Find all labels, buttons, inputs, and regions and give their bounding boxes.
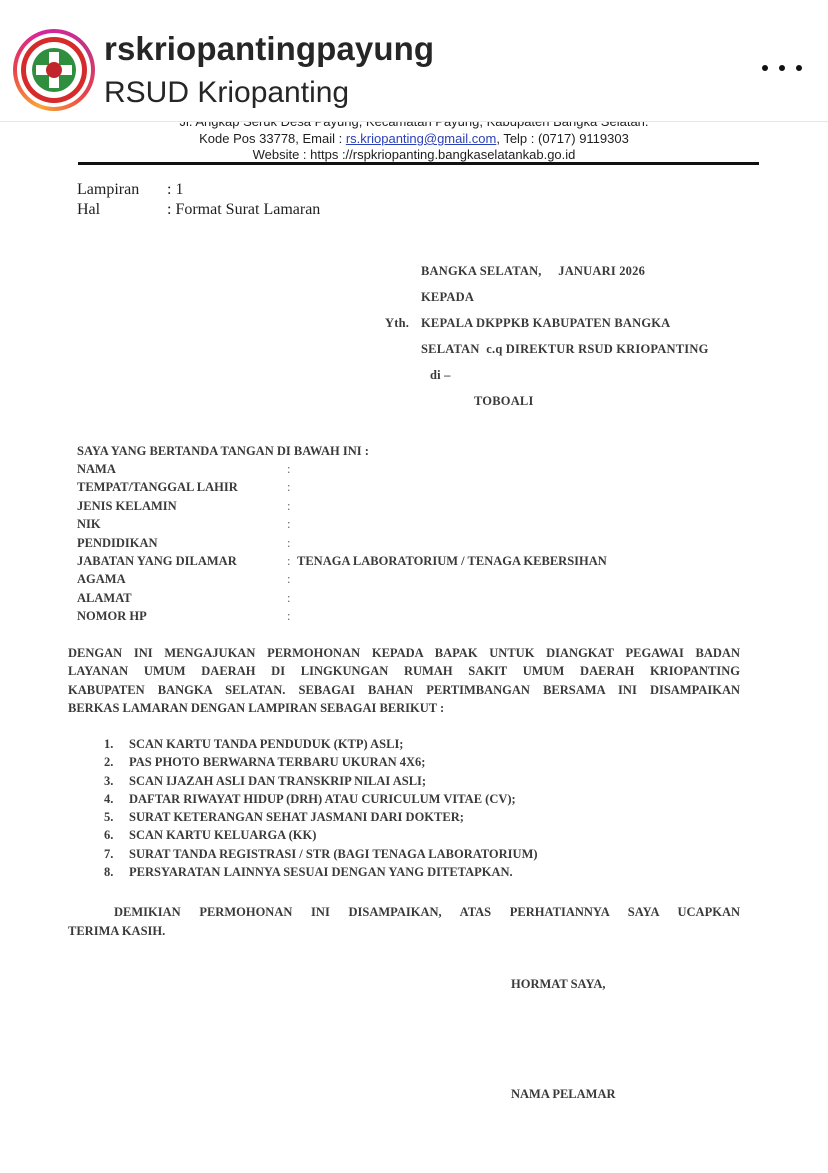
body-paragraph: DENGAN INI MENGAJUKAN PERMOHONAN KEPADA … <box>68 644 740 717</box>
place-date: BANGKA SELATAN, JANUARI 2026 <box>421 264 645 279</box>
applicant-field-row: NAMA: <box>77 462 297 477</box>
closing-line-1: DEMIKIAN PERMOHONAN INI DISAMPAIKAN, ATA… <box>68 903 740 922</box>
requirement-number: 5. <box>104 810 129 828</box>
requirements-list: 1.SCAN KARTU TANDA PENDUDUK (KTP) ASLI;2… <box>104 737 538 883</box>
account-username[interactable]: rskriopantingpayung <box>104 30 434 68</box>
field-value: TENAGA LABORATORIUM / TENAGA KEBERSIHAN <box>297 554 607 569</box>
closing-line-2: TERIMA KASIH. <box>68 924 165 938</box>
requirement-text: SURAT KETERANGAN SEHAT JASMANI DARI DOKT… <box>129 810 464 828</box>
field-label: ALAMAT <box>77 591 287 606</box>
field-label: JABATAN YANG DILAMAR <box>77 554 287 569</box>
applicant-field-row: JABATAN YANG DILAMAR:TENAGA LABORATORIUM… <box>77 554 607 569</box>
recipient-line-2: SELATAN c.q DIREKTUR RSUD KRIOPANTING <box>421 342 709 357</box>
requirement-number: 8. <box>104 865 129 883</box>
requirement-number: 6. <box>104 828 129 846</box>
post-header: rskriopantingpayung RSUD Kriopanting <box>0 0 828 122</box>
avatar[interactable] <box>13 29 95 111</box>
field-colon: : <box>287 572 297 587</box>
requirement-text: PERSYARATAN LAINNYA SESUAI DENGAN YANG D… <box>129 865 513 883</box>
requirement-text: SCAN KARTU KELUARGA (KK) <box>129 828 316 846</box>
requirement-number: 7. <box>104 847 129 865</box>
account-subtitle[interactable]: RSUD Kriopanting <box>104 76 349 110</box>
field-label: NAMA <box>77 462 287 477</box>
letterhead-contact: Kode Pos 33778, Email : rs.kriopanting@g… <box>0 131 828 146</box>
requirement-number: 3. <box>104 774 129 792</box>
hal-value: : Format Surat Lamaran <box>167 201 320 218</box>
lampiran-value: : 1 <box>167 181 183 198</box>
applicant-field-row: PENDIDIKAN: <box>77 536 297 551</box>
yth-label: Yth. <box>385 316 409 331</box>
field-colon: : <box>287 536 297 551</box>
lampiran-label: Lampiran <box>77 181 167 199</box>
lampiran-row: Lampiran: 1 <box>77 181 183 199</box>
applicant-field-row: NOMOR HP: <box>77 609 297 624</box>
letterhead-divider <box>78 162 759 165</box>
email-link[interactable]: rs.kriopanting@gmail.com <box>346 131 496 146</box>
requirement-number: 4. <box>104 792 129 810</box>
requirement-number: 1. <box>104 737 129 755</box>
contact-suffix: , Telp : (0717) 9119303 <box>496 131 629 146</box>
heart-icon <box>46 62 62 78</box>
body-line: LAYANAN UMUM DAERAH DI LINGKUNGAN RUMAH … <box>68 662 740 680</box>
requirement-text: SURAT TANDA REGISTRASI / STR (BAGI TENAG… <box>129 847 538 865</box>
contact-prefix: Kode Pos 33778, Email : <box>199 131 346 146</box>
recipient-line-1: KEPALA DKPPKB KABUPATEN BANGKA <box>421 316 670 331</box>
letter-document: Jl. Angkap Seruk Desa Payung, Kecamatan … <box>0 0 828 1173</box>
applicant-field-row: ALAMAT: <box>77 591 297 606</box>
field-label: JENIS KELAMIN <box>77 499 287 514</box>
requirement-item: 6.SCAN KARTU KELUARGA (KK) <box>104 828 538 846</box>
requirement-item: 2.PAS PHOTO BERWARNA TERBARU UKURAN 4X6; <box>104 755 538 773</box>
requirement-text: PAS PHOTO BERWARNA TERBARU UKURAN 4X6; <box>129 755 425 773</box>
requirement-item: 3.SCAN IJAZAH ASLI DAN TRANSKRIP NILAI A… <box>104 774 538 792</box>
field-colon: : <box>287 499 297 514</box>
di-label: di – <box>430 368 451 383</box>
field-colon: : <box>287 480 297 495</box>
hal-label: Hal <box>77 201 167 219</box>
requirement-item: 8.PERSYARATAN LAINNYA SESUAI DENGAN YANG… <box>104 865 538 883</box>
requirement-item: 4.DAFTAR RIWAYAT HIDUP (DRH) ATAU CURICU… <box>104 792 538 810</box>
more-options-icon <box>762 65 768 71</box>
signature-name: NAMA PELAMAR <box>511 1087 616 1102</box>
requirement-text: SCAN IJAZAH ASLI DAN TRANSKRIP NILAI ASL… <box>129 774 426 792</box>
regards-label: HORMAT SAYA, <box>511 977 605 992</box>
letterhead-website: Website : https ://rspkriopanting.bangka… <box>0 147 828 162</box>
requirement-number: 2. <box>104 755 129 773</box>
applicant-field-row: AGAMA: <box>77 572 297 587</box>
applicant-field-row: NIK: <box>77 517 297 532</box>
field-colon: : <box>287 462 297 477</box>
applicant-intro: SAYA YANG BERTANDA TANGAN DI BAWAH INI : <box>77 444 369 459</box>
field-colon: : <box>287 517 297 532</box>
body-line: BERKAS LAMARAN DENGAN LAMPIRAN SEBAGAI B… <box>68 699 740 717</box>
field-colon: : <box>287 609 297 624</box>
more-options-button[interactable] <box>762 54 802 82</box>
city-label: TOBOALI <box>474 394 534 409</box>
requirement-item: 1.SCAN KARTU TANDA PENDUDUK (KTP) ASLI; <box>104 737 538 755</box>
field-colon: : <box>287 554 297 569</box>
field-colon: : <box>287 591 297 606</box>
field-label: PENDIDIKAN <box>77 536 287 551</box>
hospital-logo-icon <box>21 37 87 103</box>
requirement-item: 5.SURAT KETERANGAN SEHAT JASMANI DARI DO… <box>104 810 538 828</box>
field-label: NOMOR HP <box>77 609 287 624</box>
closing-paragraph: DEMIKIAN PERMOHONAN INI DISAMPAIKAN, ATA… <box>68 903 740 941</box>
body-line: KABUPATEN BANGKA SELATAN. SEBAGAI BAHAN … <box>68 681 740 699</box>
kepada-label: KEPADA <box>421 290 474 305</box>
requirement-item: 7.SURAT TANDA REGISTRASI / STR (BAGI TEN… <box>104 847 538 865</box>
body-line: DENGAN INI MENGAJUKAN PERMOHONAN KEPADA … <box>68 644 740 662</box>
hal-row: Hal: Format Surat Lamaran <box>77 201 320 219</box>
field-label: TEMPAT/TANGGAL LAHIR <box>77 480 287 495</box>
field-label: AGAMA <box>77 572 287 587</box>
field-label: NIK <box>77 517 287 532</box>
requirement-text: SCAN KARTU TANDA PENDUDUK (KTP) ASLI; <box>129 737 403 755</box>
applicant-field-row: TEMPAT/TANGGAL LAHIR: <box>77 480 297 495</box>
requirement-text: DAFTAR RIWAYAT HIDUP (DRH) ATAU CURICULU… <box>129 792 516 810</box>
applicant-field-row: JENIS KELAMIN: <box>77 499 297 514</box>
